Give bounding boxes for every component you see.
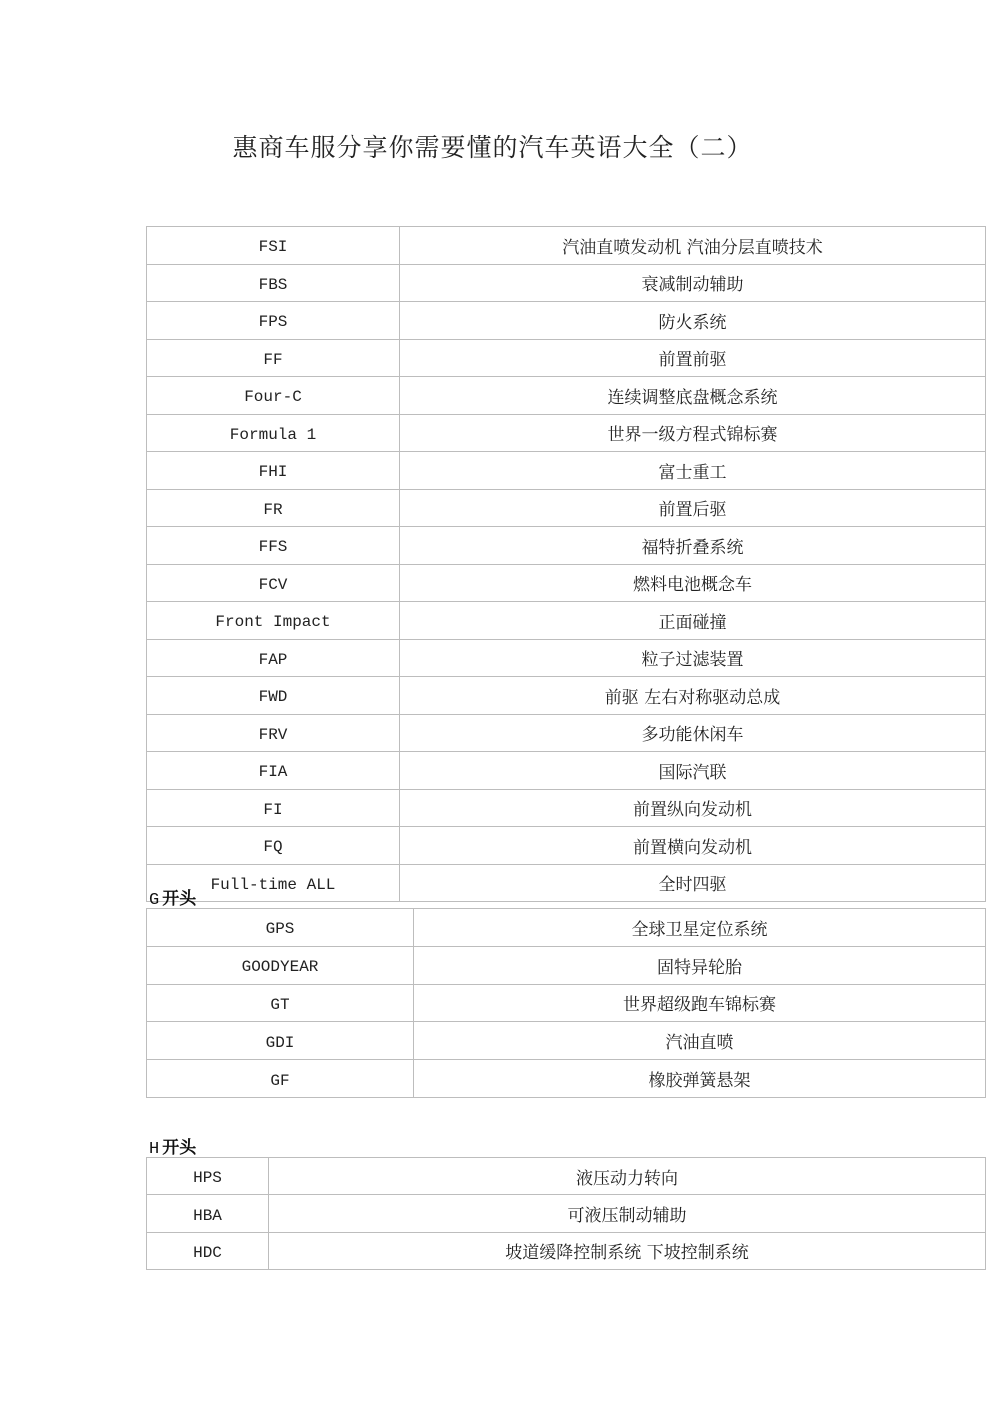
term-code: GPS: [147, 909, 414, 947]
term-code: GF: [147, 1060, 414, 1098]
term-meaning: 防火系统: [400, 302, 986, 340]
table-row: HPS液压动力转向: [147, 1158, 986, 1195]
table-row: FSI汽油直喷发动机 汽油分层直喷技术: [147, 227, 986, 265]
term-code: FAP: [147, 639, 400, 677]
term-meaning: 液压动力转向: [269, 1158, 986, 1195]
table-row: FHI富士重工: [147, 452, 986, 490]
term-code: HDC: [147, 1232, 269, 1269]
term-code: FHI: [147, 452, 400, 490]
term-code: Formula 1: [147, 414, 400, 452]
term-code: FBS: [147, 264, 400, 302]
h-terms-table: HPS液压动力转向HBA可液压制动辅助HDC坡道缓降控制系统 下坡控制系统: [146, 1157, 986, 1270]
term-meaning: 国际汽联: [400, 752, 986, 790]
term-meaning: 橡胶弹簧悬架: [414, 1060, 986, 1098]
table-row: FWD前驱 左右对称驱动总成: [147, 677, 986, 715]
term-meaning: 固特异轮胎: [414, 946, 986, 984]
term-meaning: 燃料电池概念车: [400, 564, 986, 602]
table-row: GOODYEAR固特异轮胎: [147, 946, 986, 984]
term-meaning: 连续调整底盘概念系统: [400, 377, 986, 415]
term-meaning: 世界一级方程式锦标赛: [400, 414, 986, 452]
term-code: FPS: [147, 302, 400, 340]
term-code: FI: [147, 789, 400, 827]
term-code: Front Impact: [147, 602, 400, 640]
term-meaning: 汽油直喷发动机 汽油分层直喷技术: [400, 227, 986, 265]
term-code: FR: [147, 489, 400, 527]
term-meaning: 汽油直喷: [414, 1022, 986, 1060]
table-row: Front Impact正面碰撞: [147, 602, 986, 640]
table-row: HDC坡道缓降控制系统 下坡控制系统: [147, 1232, 986, 1269]
term-meaning: 全时四驱: [400, 864, 986, 902]
table-row: FQ前置横向发动机: [147, 827, 986, 865]
term-code: FWD: [147, 677, 400, 715]
term-meaning: 前驱 左右对称驱动总成: [400, 677, 986, 715]
term-meaning: 坡道缓降控制系统 下坡控制系统: [269, 1232, 986, 1269]
term-meaning: 可液压制动辅助: [269, 1195, 986, 1232]
section-heading-g: G开头: [149, 884, 196, 910]
table-row: FAP粒子过滤装置: [147, 639, 986, 677]
table-row: FF前置前驱: [147, 339, 986, 377]
table-row: HBA可液压制动辅助: [147, 1195, 986, 1232]
table-row: Formula 1世界一级方程式锦标赛: [147, 414, 986, 452]
table-row: FRV多功能休闲车: [147, 714, 986, 752]
table-row: Full-time ALL全时四驱: [147, 864, 986, 902]
table-row: FIA国际汽联: [147, 752, 986, 790]
term-code: FSI: [147, 227, 400, 265]
table-row: FPS防火系统: [147, 302, 986, 340]
table-row: GDI汽油直喷: [147, 1022, 986, 1060]
term-meaning: 前置横向发动机: [400, 827, 986, 865]
term-code: FCV: [147, 564, 400, 602]
term-meaning: 前置前驱: [400, 339, 986, 377]
term-code: FFS: [147, 527, 400, 565]
table-row: FI前置纵向发动机: [147, 789, 986, 827]
table-row: Four-C连续调整底盘概念系统: [147, 377, 986, 415]
table-row: GF橡胶弹簧悬架: [147, 1060, 986, 1098]
table-row: FBS衰减制动辅助: [147, 264, 986, 302]
section-heading-h: H开头: [149, 1133, 196, 1159]
table-row: FCV燃料电池概念车: [147, 564, 986, 602]
term-code: FRV: [147, 714, 400, 752]
term-code: FIA: [147, 752, 400, 790]
term-code: FF: [147, 339, 400, 377]
term-meaning: 衰减制动辅助: [400, 264, 986, 302]
term-code: HBA: [147, 1195, 269, 1232]
table-row: GT世界超级跑车锦标赛: [147, 984, 986, 1022]
term-code: FQ: [147, 827, 400, 865]
term-meaning: 富士重工: [400, 452, 986, 490]
g-terms-table: GPS全球卫星定位系统GOODYEAR固特异轮胎GT世界超级跑车锦标赛GDI汽油…: [146, 908, 986, 1098]
term-meaning: 多功能休闲车: [400, 714, 986, 752]
term-meaning: 前置纵向发动机: [400, 789, 986, 827]
term-code: GDI: [147, 1022, 414, 1060]
term-meaning: 福特折叠系统: [400, 527, 986, 565]
term-code: HPS: [147, 1158, 269, 1195]
page-title: 惠商车服分享你需要懂的汽车英语大全（二）: [0, 128, 993, 164]
term-meaning: 全球卫星定位系统: [414, 909, 986, 947]
term-meaning: 正面碰撞: [400, 602, 986, 640]
term-code: GT: [147, 984, 414, 1022]
page-title-text: 惠商车服分享你需要懂的汽车英语大全（二）: [232, 133, 752, 162]
table-row: FFS福特折叠系统: [147, 527, 986, 565]
term-meaning: 世界超级跑车锦标赛: [414, 984, 986, 1022]
section-suffix: 开头: [162, 889, 196, 909]
term-meaning: 前置后驱: [400, 489, 986, 527]
table-row: FR前置后驱: [147, 489, 986, 527]
section-suffix: 开头: [162, 1138, 196, 1158]
table-row: GPS全球卫星定位系统: [147, 909, 986, 947]
term-code: GOODYEAR: [147, 946, 414, 984]
f-terms-table: FSI汽油直喷发动机 汽油分层直喷技术FBS衰减制动辅助FPS防火系统FF前置前…: [146, 226, 986, 902]
term-meaning: 粒子过滤装置: [400, 639, 986, 677]
term-code: Four-C: [147, 377, 400, 415]
